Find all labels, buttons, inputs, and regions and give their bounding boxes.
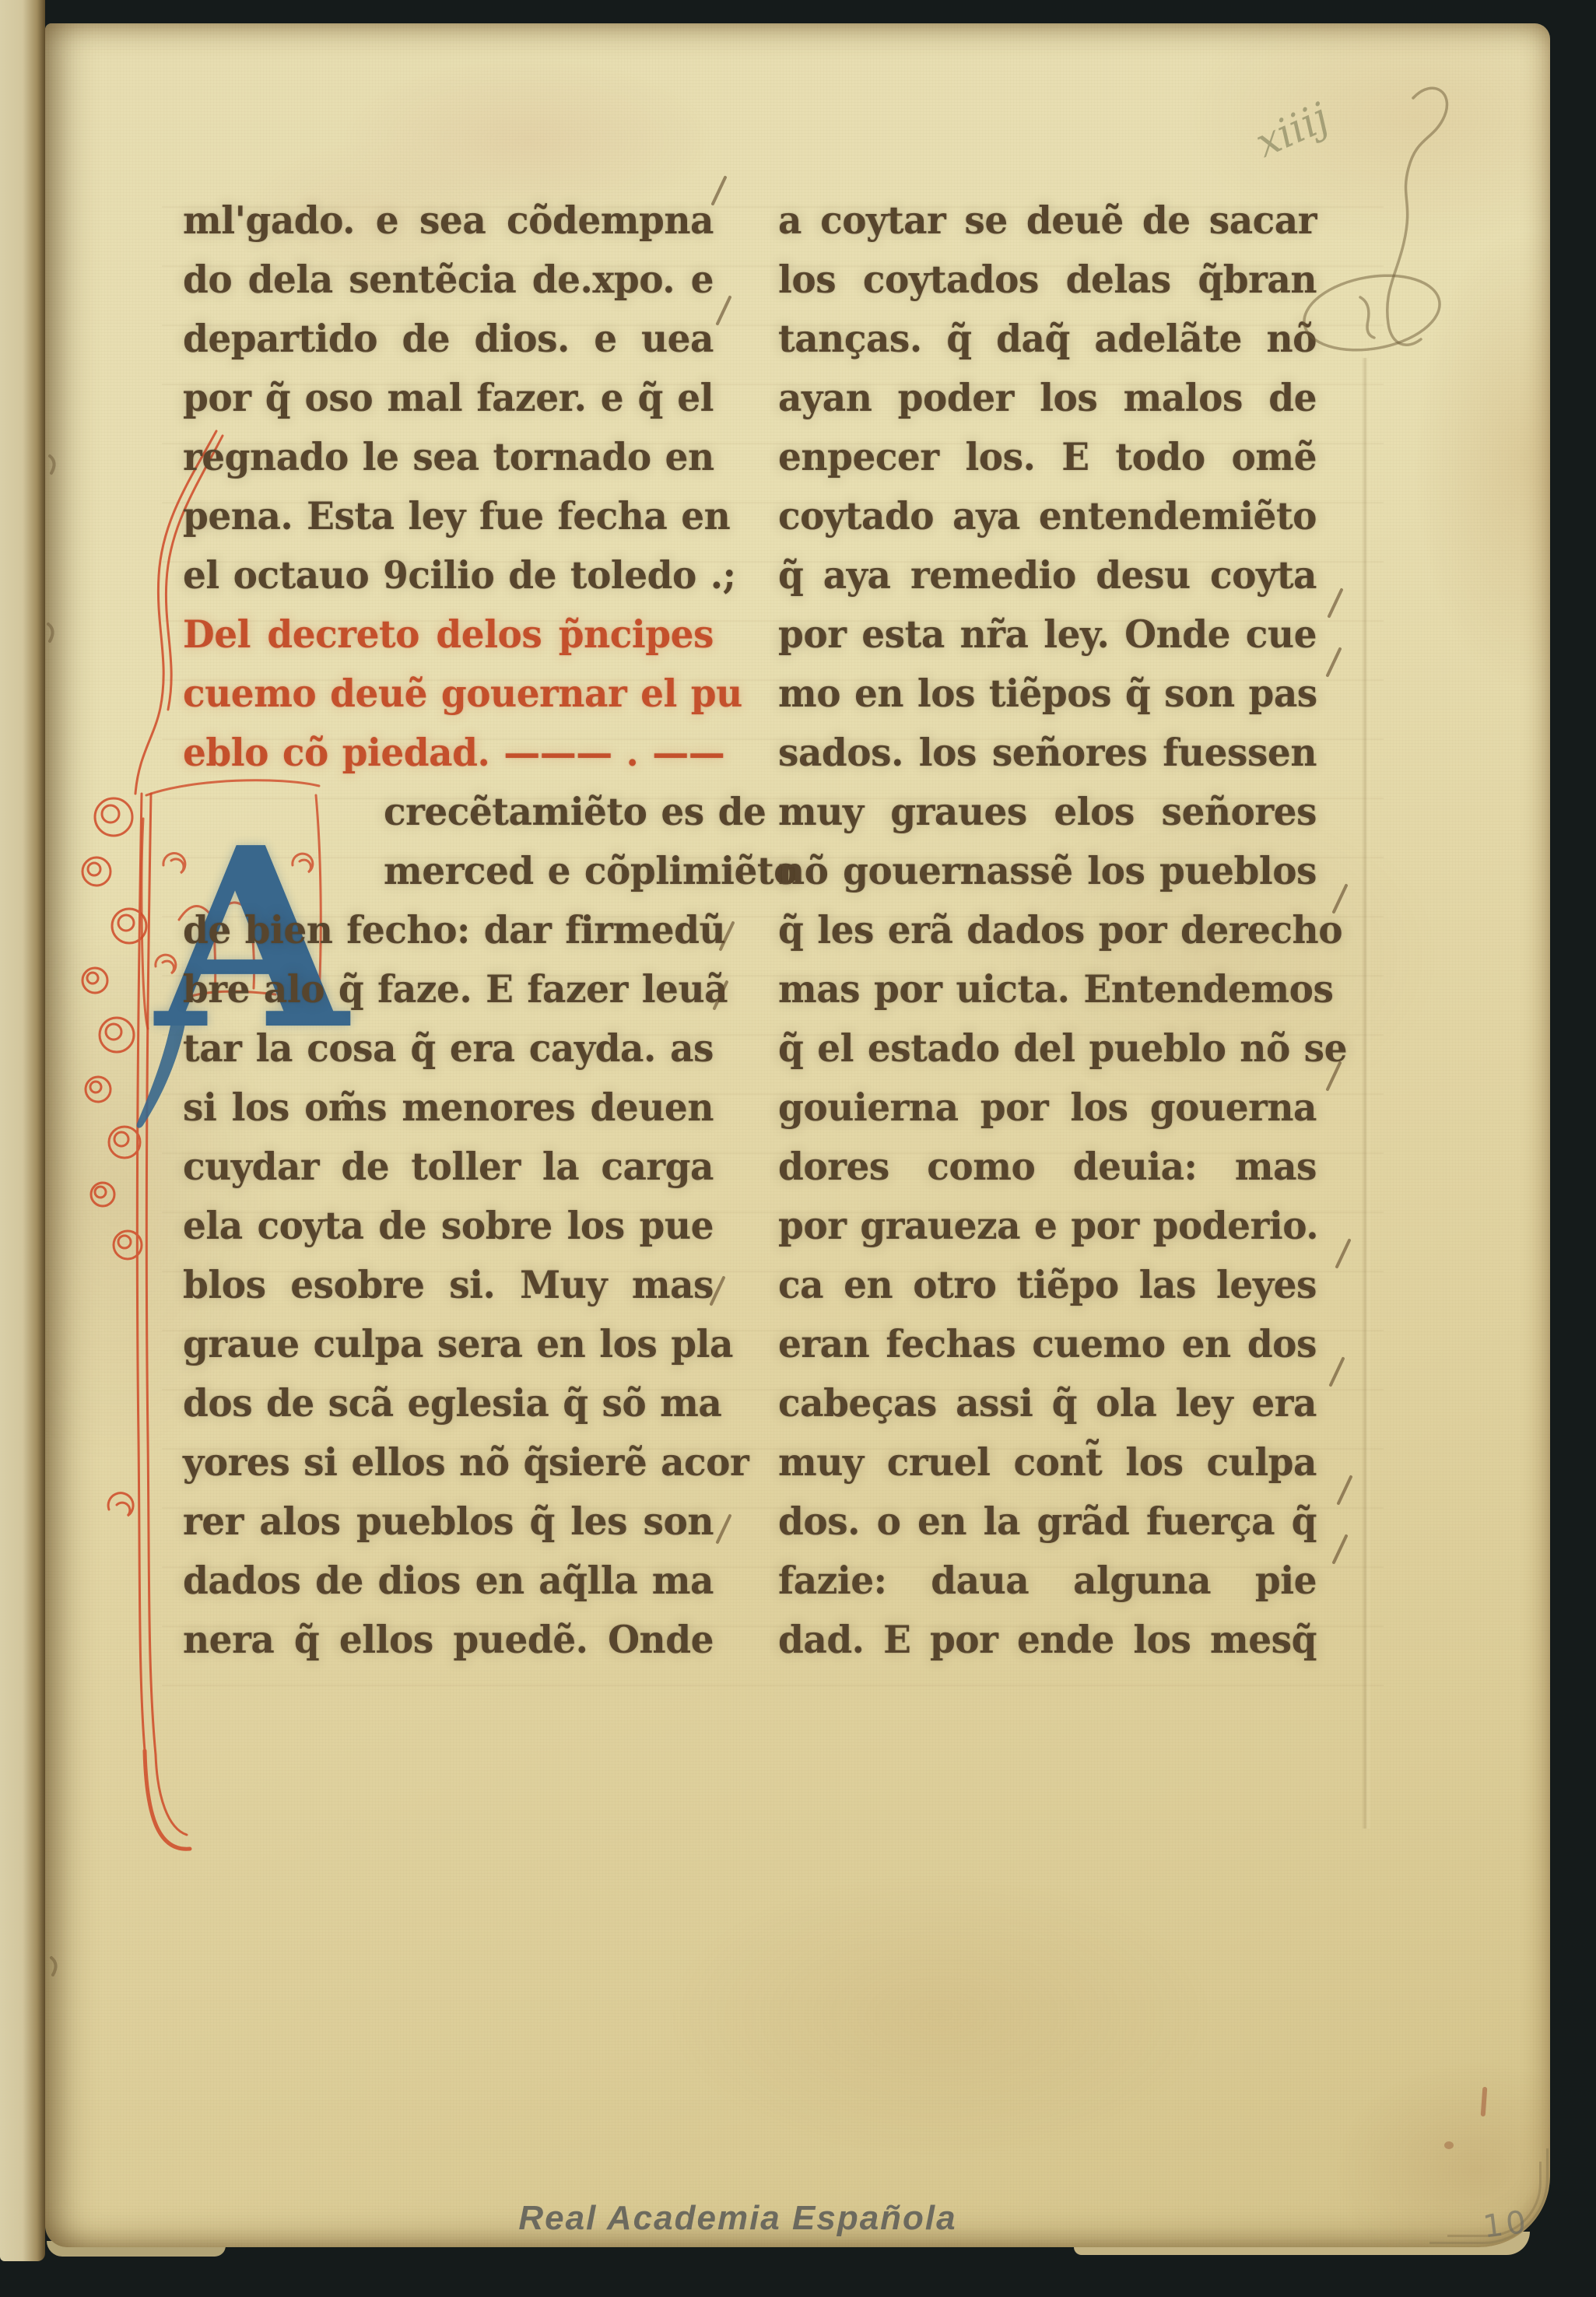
manuscript-page: A ml'gado. e sea cõdempnado dela sentẽci… (45, 23, 1550, 2247)
pencil-page-number: 10 (1481, 2204, 1531, 2246)
brown-stain-dot (1444, 2141, 1454, 2149)
institution-watermark: Real Academia Española (481, 2199, 994, 2238)
facing-page-sliver (0, 0, 45, 2261)
marginal-marks (45, 23, 1550, 2247)
manuscript-photo: { "overlay": { "watermark_text": "Real A… (0, 0, 1596, 2297)
